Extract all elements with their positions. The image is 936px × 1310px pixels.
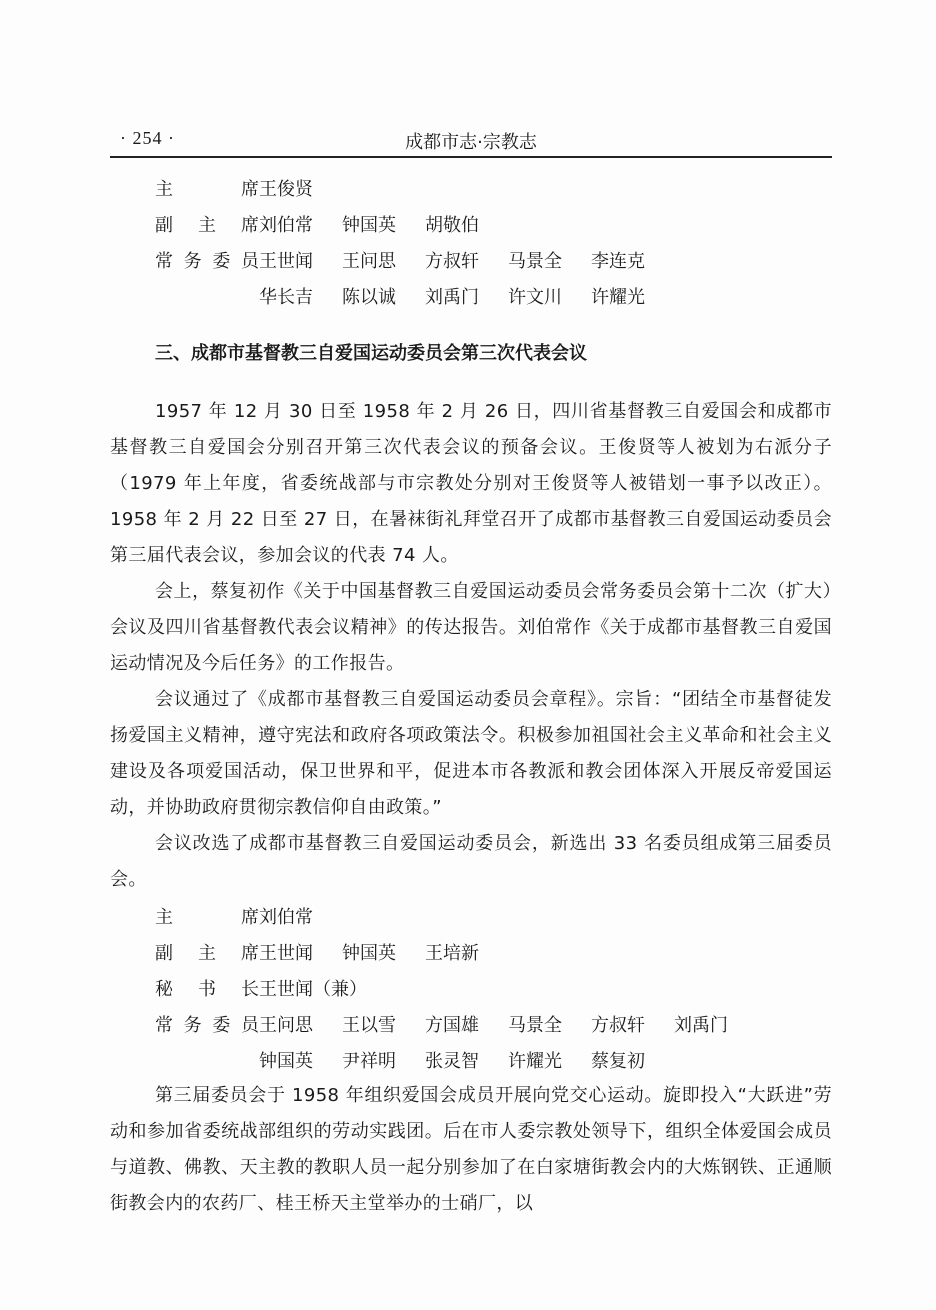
roster-member-name: 钟国英 <box>259 1047 342 1073</box>
roster-role-char: 秘 <box>155 975 173 1001</box>
roster-role-char: 委 <box>212 247 230 273</box>
roster-member-name: 王俊贤 <box>259 175 342 201</box>
roster-third-committee: 主席刘伯常副主席王世闻钟国英王培新秘书长王世闻（兼）常务委员王问思王以雪方国雄马… <box>110 898 832 1078</box>
paragraph: 会上，蔡复初作《关于中国基督教三自爱国运动委员会常务委员会第十二次（扩大）会议及… <box>110 574 832 682</box>
roster-member-name: 王培新 <box>425 939 508 965</box>
roster-member-name: 张灵智 <box>425 1047 508 1073</box>
roster-names: 华长吉陈以诚刘禹门许文川许耀光 <box>259 283 674 309</box>
roster-member-name: 尹祥明 <box>342 1047 425 1073</box>
roster-role-char: 员 <box>241 1011 259 1037</box>
roster-member-name: 王世闻（兼） <box>259 975 342 1001</box>
document-page: · 254 · 成都市志·宗教志 主席王俊贤副主席刘伯常钟国英胡敬伯常务委员王世… <box>0 0 936 1310</box>
roster-member-name: 马景全 <box>508 1011 591 1037</box>
roster-member-name: 王以雪 <box>342 1011 425 1037</box>
header-rule <box>110 156 832 158</box>
roster-member-name: 许耀光 <box>508 1047 591 1073</box>
roster-role-char: 务 <box>184 247 202 273</box>
roster-member-name: 刘禹门 <box>425 283 508 309</box>
paragraph: 1957 年 12 月 30 日至 1958 年 2 月 26 日，四川省基督教… <box>110 394 832 574</box>
roster-role-char: 书 <box>198 975 216 1001</box>
roster-member-name: 王问思 <box>342 247 425 273</box>
roster-member-name: 陈以诚 <box>342 283 425 309</box>
roster-member-name: 马景全 <box>508 247 591 273</box>
roster-role-char: 席 <box>241 211 259 237</box>
roster-role-label: 副主席 <box>155 939 259 965</box>
roster-member-name: 钟国英 <box>342 939 425 965</box>
roster-names: 王俊贤 <box>259 175 342 201</box>
roster-member-name: 刘伯常 <box>259 903 342 929</box>
roster-member-name: 方叔轩 <box>591 1011 674 1037</box>
roster-row: 钟国英尹祥明张灵智许耀光蔡复初 <box>110 1042 832 1078</box>
roster-role-label: 秘书长 <box>155 975 259 1001</box>
roster-row: 常务委员王世闻王问思方叔轩马景全李连克 <box>110 242 832 278</box>
roster-role-char: 委 <box>212 1011 230 1037</box>
roster-role-char: 席 <box>241 903 259 929</box>
roster-row: 秘书长王世闻（兼） <box>110 970 832 1006</box>
section-heading: 三、成都市基督教三自爱国运动委员会第三次代表会议 <box>155 334 832 374</box>
roster-member-name: 王世闻 <box>259 247 342 273</box>
roster-row: 主席王俊贤 <box>110 170 832 206</box>
roster-names: 王世闻王问思方叔轩马景全李连克 <box>259 247 674 273</box>
roster-role-label: 常务委员 <box>155 1011 259 1037</box>
roster-names: 王世闻钟国英王培新 <box>259 939 508 965</box>
roster-role-char: 务 <box>184 1011 202 1037</box>
roster-member-name: 王世闻 <box>259 939 342 965</box>
roster-member-name: 华长吉 <box>259 283 342 309</box>
roster-role-char: 主 <box>198 211 216 237</box>
roster-role-char: 主 <box>198 939 216 965</box>
roster-member-name: 方国雄 <box>425 1011 508 1037</box>
roster-second-committee: 主席王俊贤副主席刘伯常钟国英胡敬伯常务委员王世闻王问思方叔轩马景全李连克华长吉陈… <box>110 170 832 314</box>
roster-member-name: 胡敬伯 <box>425 211 508 237</box>
roster-member-name: 钟国英 <box>342 211 425 237</box>
roster-role-char: 主 <box>155 175 173 201</box>
roster-role-label: 常务委员 <box>155 247 259 273</box>
roster-member-name: 许文川 <box>508 283 591 309</box>
spacer <box>110 374 832 394</box>
roster-member-name: 王问思 <box>259 1011 342 1037</box>
roster-member-name: 李连克 <box>591 247 674 273</box>
roster-names: 刘伯常 <box>259 903 342 929</box>
roster-row: 副主席王世闻钟国英王培新 <box>110 934 832 970</box>
roster-role-char: 副 <box>155 939 173 965</box>
paragraph: 会议改选了成都市基督教三自爱国运动委员会，新选出 33 名委员组成第三届委员会。 <box>110 826 832 898</box>
body-text: 主席王俊贤副主席刘伯常钟国英胡敬伯常务委员王世闻王问思方叔轩马景全李连克华长吉陈… <box>110 170 832 1222</box>
roster-role-char: 长 <box>241 975 259 1001</box>
roster-member-name: 蔡复初 <box>591 1047 674 1073</box>
roster-row: 常务委员王问思王以雪方国雄马景全方叔轩刘禹门 <box>110 1006 832 1042</box>
roster-names: 刘伯常钟国英胡敬伯 <box>259 211 508 237</box>
roster-role-char: 席 <box>241 939 259 965</box>
roster-role-char: 席 <box>241 175 259 201</box>
roster-member-name: 方叔轩 <box>425 247 508 273</box>
roster-row: 副主席刘伯常钟国英胡敬伯 <box>110 206 832 242</box>
paragraph: 第三届委员会于 1958 年组织爱国会成员开展向党交心运动。旋即投入“大跃进”劳… <box>110 1078 832 1222</box>
running-head-title: 成都市志·宗教志 <box>110 128 832 154</box>
roster-member-name: 许耀光 <box>591 283 674 309</box>
roster-role-char: 主 <box>155 903 173 929</box>
running-head: · 254 · 成都市志·宗教志 <box>110 128 832 154</box>
roster-role-char: 副 <box>155 211 173 237</box>
roster-row: 华长吉陈以诚刘禹门许文川许耀光 <box>110 278 832 314</box>
roster-role-char: 员 <box>241 247 259 273</box>
roster-role-char: 常 <box>155 1011 173 1037</box>
roster-names: 王问思王以雪方国雄马景全方叔轩刘禹门 <box>259 1011 757 1037</box>
roster-member-name: 刘伯常 <box>259 211 342 237</box>
roster-names: 钟国英尹祥明张灵智许耀光蔡复初 <box>259 1047 674 1073</box>
paragraph: 会议通过了《成都市基督教三自爱国运动委员会章程》。宗旨：“团结全市基督徒发扬爱国… <box>110 682 832 826</box>
roster-role-label: 主席 <box>155 903 259 929</box>
roster-role-char: 常 <box>155 247 173 273</box>
roster-names: 王世闻（兼） <box>259 975 342 1001</box>
roster-row: 主席刘伯常 <box>110 898 832 934</box>
roster-member-name: 刘禹门 <box>674 1011 757 1037</box>
roster-role-label: 主席 <box>155 175 259 201</box>
roster-role-label: 副主席 <box>155 211 259 237</box>
